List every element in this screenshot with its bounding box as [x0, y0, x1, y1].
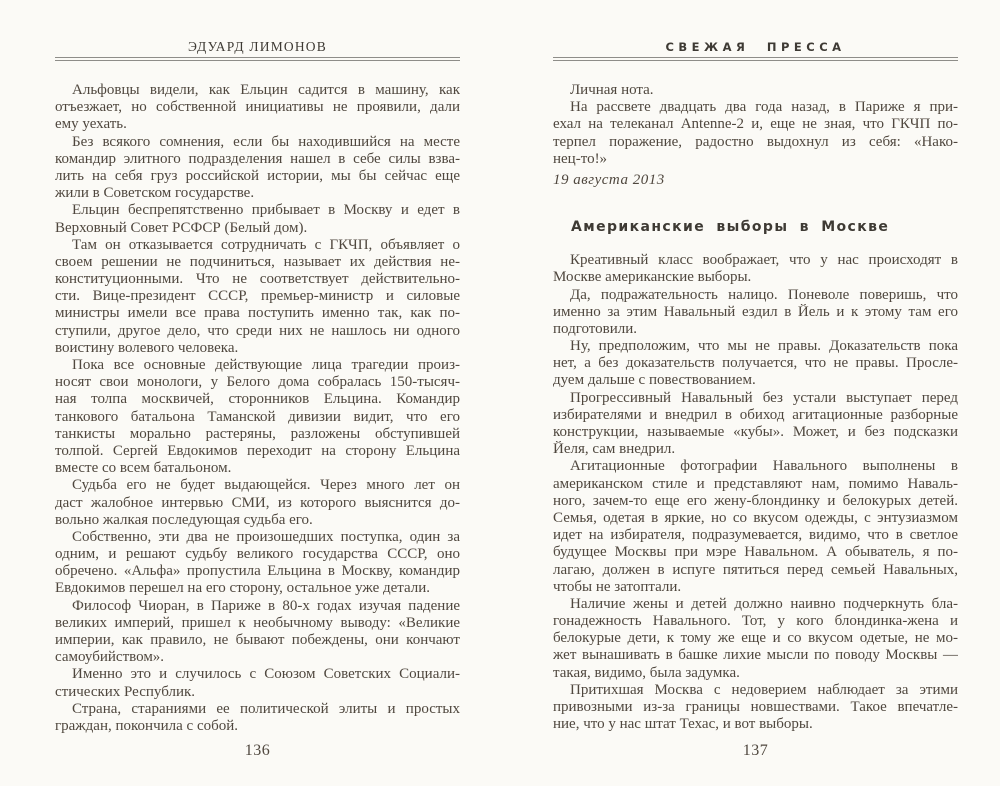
paragraph: Именно это и случилось с Союзом Советски… — [55, 666, 460, 700]
text-line: Семья, одетая в яркие, но со вкусом одеж… — [553, 510, 958, 527]
section-heading: Американские выборы в Москве — [553, 219, 958, 235]
text-line: терпел поражение, радостно выдохнул из с… — [553, 134, 958, 151]
text-line: жет вынашивать в башке лихие мысли по по… — [553, 647, 958, 664]
paragraph: Альфовцы видели, как Ельцин садится в ма… — [55, 82, 460, 134]
text-line: Страна, стараниями ее политической элиты… — [55, 701, 460, 718]
text-line: Верховный Совет РСФСР (Белый дом). — [55, 220, 460, 237]
text-line: великих империй, пришел к необычному выв… — [55, 615, 460, 632]
text-line: нет, а без доказательств получается, что… — [553, 355, 958, 372]
paragraph: Собственно, эти два не произошедших пост… — [55, 529, 460, 598]
paragraph: Судьба его не будет выдающейся. Через мн… — [55, 477, 460, 529]
text-line: Да, подражательность налицо. Поневоле по… — [553, 287, 958, 304]
text-line: Там он отказывается сотрудничать с ГКЧП,… — [55, 237, 460, 254]
page-right: СВЕЖАЯ ПРЕССА Личная нота.На рассвете дв… — [553, 0, 958, 786]
text-line: нец-то!» — [553, 151, 958, 168]
text-line: белокурые дети, к тому же еще и со вкусо… — [553, 630, 958, 647]
text-line: ние, что у нас штат Техас, и вот выборы. — [553, 716, 958, 733]
text-line: воистину волевого человека. — [55, 340, 460, 357]
text-line: отъезжает, но собственной инициативы не … — [55, 99, 460, 116]
page-left-content: Альфовцы видели, как Ельцин садится в ма… — [55, 82, 460, 735]
text-line: Судьба его не будет выдающейся. Через мн… — [55, 477, 460, 494]
text-line: Ельцин беспрепятственно прибывает в Моск… — [55, 202, 460, 219]
page-left: ЭДУАРД ЛИМОНОВ Альфовцы видели, как Ельц… — [55, 0, 460, 786]
text-line: министры имели все права поступить именн… — [55, 305, 460, 322]
text-line: вольно жалкая последующая судьба его. — [55, 512, 460, 529]
text-line: Москве американские выборы. — [553, 269, 958, 286]
text-line: толпой. Сергей Евдокимов переходит на ст… — [55, 443, 460, 460]
text-line: своем решении не подчиниться, называет и… — [55, 254, 460, 271]
text-line: привозными из-за границы новшествами. Та… — [553, 699, 958, 716]
paragraph: На рассвете двадцать два года назад, в П… — [553, 99, 958, 168]
header-rule-left — [55, 57, 460, 61]
text-line: Прогрессивный Навальный без устали высту… — [553, 390, 958, 407]
text-line: даст жалобное интервью СМИ, из которого … — [55, 495, 460, 512]
paragraph: Страна, стараниями ее политической элиты… — [55, 701, 460, 735]
text-line: американском стиле и представляют нам, п… — [553, 476, 958, 493]
text-line: Притихшая Москва с недоверием наблюдает … — [553, 682, 958, 699]
text-line: носят свои монологи, у Белого дома собра… — [55, 374, 460, 391]
text-line: ему уехать. — [55, 116, 460, 133]
text-line: Без всякого сомнения, если бы находивший… — [55, 134, 460, 151]
paragraph: Личная нота. — [553, 82, 958, 99]
paragraph: Наличие жены и детей должно наивно подче… — [553, 596, 958, 682]
text-line: На рассвете двадцать два года назад, в П… — [553, 99, 958, 116]
text-line: танкового батальона Таманской дивизии ви… — [55, 409, 460, 426]
paragraph: Философ Чиоран, в Париже в 80-х годах из… — [55, 598, 460, 667]
text-line: ехал на телеканал Antenne-2 и, еще не зн… — [553, 116, 958, 133]
text-line: лагаю, должен в испуге пятиться перед се… — [553, 562, 958, 579]
paragraph: Притихшая Москва с недоверием наблюдает … — [553, 682, 958, 734]
text-line: Собственно, эти два не произошедших пост… — [55, 529, 460, 546]
running-header-right: СВЕЖАЯ ПРЕССА — [553, 40, 958, 54]
date-line: 19 августа 2013 — [553, 172, 958, 189]
text-line: жили в Советском государстве. — [55, 185, 460, 202]
text-line: конструкции, называемые «кубы». Может, и… — [553, 424, 958, 441]
text-line: идет на избирателя, подразумевается, вид… — [553, 527, 958, 544]
paragraph: Агитационные фотографии Навального выпол… — [553, 458, 958, 596]
text-line: империи, как правило, не бывают побежден… — [55, 632, 460, 649]
text-line: Именно это и случилось с Союзом Советски… — [55, 666, 460, 683]
text-line: стических Республик. — [55, 684, 460, 701]
page-right-content: Личная нота.На рассвете двадцать два год… — [553, 82, 958, 733]
header-rule-right — [553, 57, 958, 61]
text-line: лить на себя груз российской истории, мы… — [55, 168, 460, 185]
text-line: дуем дальше с повествованием. — [553, 372, 958, 389]
paragraph: Пока все основные действующие лица траге… — [55, 357, 460, 477]
text-line: Личная нота. — [553, 82, 958, 99]
text-line: Йеля, сам внедрил. — [553, 441, 958, 458]
text-line: вместе со всем батальоном. — [55, 460, 460, 477]
text-line: самоубийством». — [55, 649, 460, 666]
text-line: сти. Вице-президент СССР, премьер-минист… — [55, 288, 460, 305]
text-line: Альфовцы видели, как Ельцин садится в ма… — [55, 82, 460, 99]
running-header-left: ЭДУАРД ЛИМОНОВ — [55, 40, 460, 54]
text-line: Евдокимов перешел на его сторону, осталь… — [55, 580, 460, 597]
text-line: подготовили. — [553, 321, 958, 338]
text-line: граждан, покончила с собой. — [55, 718, 460, 735]
text-line: обречено. «Альфа» пропустила Ельцина в М… — [55, 563, 460, 580]
text-line: танкисты морально растеряны, разложены о… — [55, 426, 460, 443]
text-line: гонадежность Навального. Тот, у кого бло… — [553, 613, 958, 630]
text-line: Философ Чиоран, в Париже в 80-х годах из… — [55, 598, 460, 615]
text-line: избирателями и внедрил в обиход агитацио… — [553, 407, 958, 424]
text-line: Наличие жены и детей должно наивно подче… — [553, 596, 958, 613]
page-number-right: 137 — [553, 742, 958, 760]
text-line: ступили, другое дело, что среди них не н… — [55, 323, 460, 340]
paragraph: Без всякого сомнения, если бы находивший… — [55, 134, 460, 203]
text-line: такая, видимо, была задумка. — [553, 665, 958, 682]
text-line: чтобы не затоптали. — [553, 579, 958, 596]
page-number-left: 136 — [55, 742, 460, 760]
text-line: ная толпа москвичей, сторонников Ельцина… — [55, 391, 460, 408]
paragraph: Прогрессивный Навальный без устали высту… — [553, 390, 958, 459]
paragraph: Креативный класс воображает, что у нас п… — [553, 252, 958, 286]
text-line: командир элитного подразделения нашел в … — [55, 151, 460, 168]
text-line: будущее Москвы при мэре Навальном. А обы… — [553, 544, 958, 561]
book-spread: ЭДУАРД ЛИМОНОВ Альфовцы видели, как Ельц… — [0, 0, 1000, 786]
text-line: Креативный класс воображает, что у нас п… — [553, 252, 958, 269]
paragraph: Там он отказывается сотрудничать с ГКЧП,… — [55, 237, 460, 357]
text-line: ного, зачем-то еще его жену-блондинку и … — [553, 493, 958, 510]
text-line: именно за этим Навальный ездил в Йель и … — [553, 304, 958, 321]
text-line: одним, и решают судьбу великого государс… — [55, 546, 460, 563]
text-line: Агитационные фотографии Навального выпол… — [553, 458, 958, 475]
paragraph: Ну, предположим, что мы не правы. Доказа… — [553, 338, 958, 390]
text-line: Пока все основные действующие лица траге… — [55, 357, 460, 374]
paragraph: Ельцин беспрепятственно прибывает в Моск… — [55, 202, 460, 236]
text-line: Ну, предположим, что мы не правы. Доказа… — [553, 338, 958, 355]
paragraph: Да, подражательность налицо. Поневоле по… — [553, 287, 958, 339]
text-line: конституционными. Что не соответствует д… — [55, 271, 460, 288]
